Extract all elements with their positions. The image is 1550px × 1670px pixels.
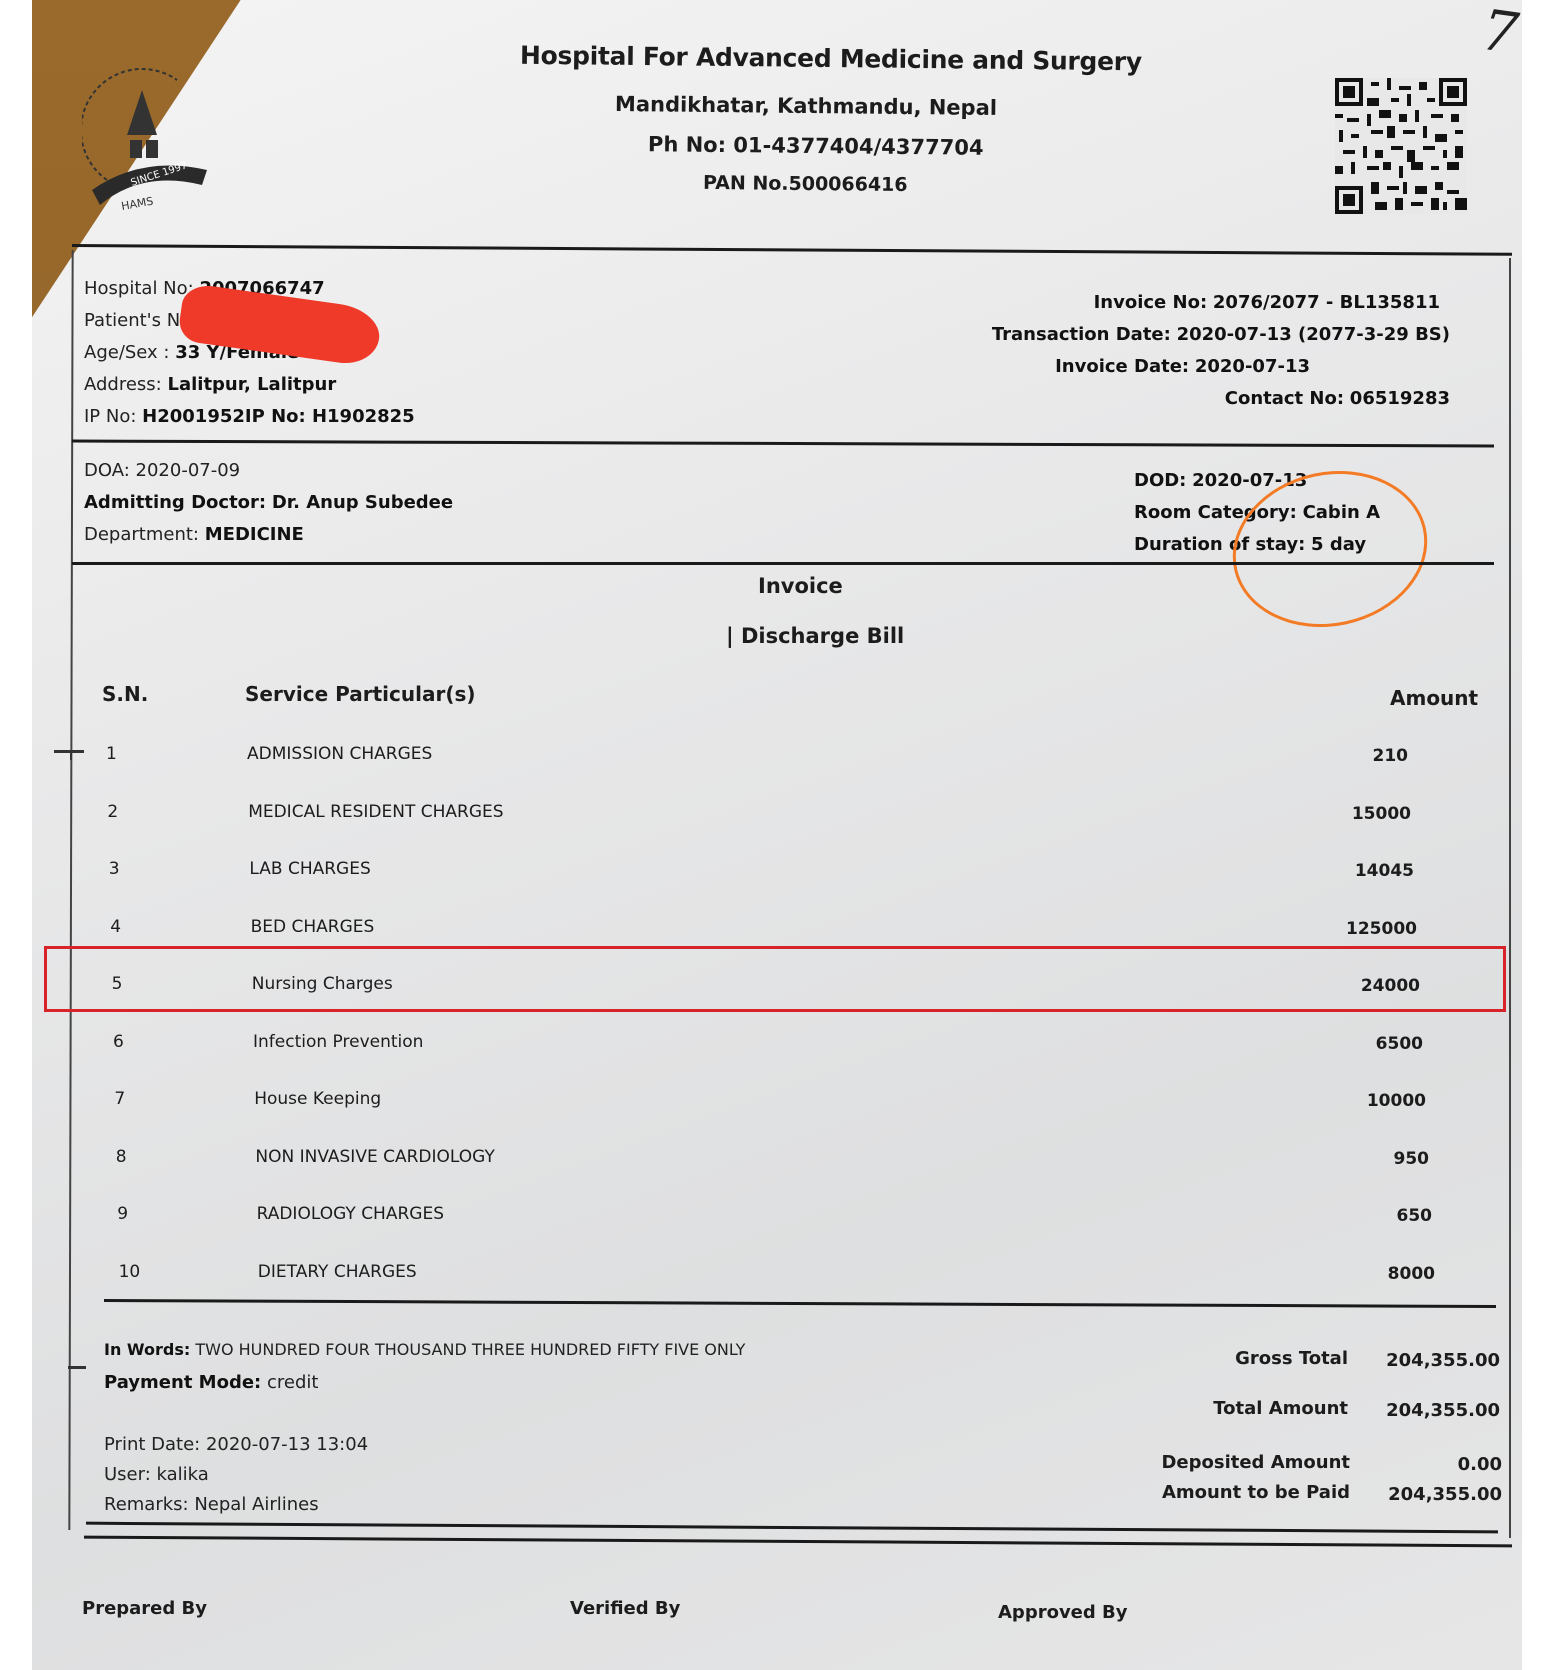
address-field: Address: Lalitpur, Lalitpur — [84, 374, 336, 395]
doa-field: DOA: 2020-07-09 — [84, 460, 240, 481]
column-header-service: Service Particular(s) — [245, 682, 476, 706]
amount-to-be-paid-value: 204,355.00 — [1362, 1484, 1502, 1505]
hospital-phone: Ph No: 01-4377404/4377704 — [648, 132, 984, 160]
verified-by-label: Verified By — [570, 1598, 680, 1619]
transaction-date-field: Transaction Date: 2020-07-13 (2077-3-29 … — [992, 324, 1450, 345]
prepared-by-label: Prepared By — [82, 1598, 207, 1619]
deposited-amount-value: 0.00 — [1362, 1454, 1502, 1475]
highlight-box — [44, 946, 1506, 1012]
row-amount: 210 — [1248, 746, 1408, 766]
deposited-amount-label: Deposited Amount — [1090, 1452, 1350, 1473]
qr-code — [1335, 78, 1467, 214]
remarks-field: Remarks: Nepal Airlines — [104, 1494, 319, 1515]
row-sn: 7 — [114, 1089, 125, 1109]
row-sn: 4 — [110, 917, 121, 937]
discharge-bill-title: | Discharge Bill — [726, 624, 904, 648]
admitting-doctor-field: Admitting Doctor: Dr. Anup Subedee — [84, 492, 453, 513]
invoice-date-field: Invoice Date: 2020-07-13 — [1055, 356, 1310, 377]
row-amount: 125000 — [1257, 919, 1417, 939]
row-amount: 15000 — [1251, 804, 1411, 824]
row-service: NON INVASIVE CARDIOLOGY — [255, 1147, 494, 1167]
row-service: MEDICAL RESIDENT CHARGES — [248, 802, 503, 822]
invoice-title: Invoice — [758, 574, 843, 598]
row-sn: 10 — [119, 1262, 141, 1282]
row-sn: 9 — [117, 1204, 128, 1224]
row-service: BED CHARGES — [251, 917, 375, 937]
row-amount: 10000 — [1266, 1091, 1426, 1111]
divider — [72, 562, 1494, 565]
in-words-field: In Words: TWO HUNDRED FOUR THOUSAND THRE… — [104, 1340, 745, 1359]
row-service: Infection Prevention — [253, 1032, 423, 1052]
print-date-field: Print Date: 2020-07-13 13:04 — [104, 1434, 368, 1455]
row-amount: 6500 — [1263, 1034, 1423, 1054]
binder-mark — [54, 750, 84, 753]
row-sn: 2 — [107, 802, 118, 822]
row-amount: 8000 — [1275, 1264, 1435, 1284]
row-sn: 3 — [109, 859, 120, 879]
row-amount: 650 — [1272, 1206, 1432, 1226]
row-service: RADIOLOGY CHARGES — [257, 1204, 444, 1224]
total-amount-value: 204,355.00 — [1360, 1400, 1500, 1421]
row-service: LAB CHARGES — [249, 859, 370, 879]
hospital-address: Mandikhatar, Kathmandu, Nepal — [615, 92, 997, 120]
hospital-pan: PAN No.500066416 — [703, 172, 908, 196]
svg-text:HAMS: HAMS — [120, 195, 154, 213]
user-field: User: kalika — [104, 1464, 209, 1485]
column-header-amount: Amount — [1390, 686, 1478, 710]
ip-no-field: IP No: H2001952IP No: H1902825 — [84, 406, 415, 427]
box-right-border — [1509, 258, 1511, 1538]
column-header-sn: S.N. — [102, 682, 148, 706]
payment-mode-field: Payment Mode: credit — [104, 1372, 318, 1393]
row-amount: 14045 — [1254, 861, 1414, 881]
row-sn: 8 — [116, 1147, 127, 1167]
row-amount: 950 — [1269, 1149, 1429, 1169]
amount-to-be-paid-label: Amount to be Paid — [1090, 1482, 1350, 1503]
binder-mark — [68, 1366, 86, 1369]
gross-total-value: 204,355.00 — [1360, 1350, 1500, 1371]
row-service: House Keeping — [254, 1089, 381, 1109]
gross-total-label: Gross Total — [1088, 1348, 1348, 1369]
contact-no-field: Contact No: 06519283 — [1225, 388, 1450, 409]
row-sn: 6 — [113, 1032, 124, 1052]
approved-by-label: Approved By — [998, 1602, 1128, 1623]
total-amount-label: Total Amount — [1088, 1398, 1348, 1419]
department-field: Department: MEDICINE — [84, 524, 304, 545]
row-service: ADMISSION CHARGES — [247, 744, 432, 764]
binder-mark — [70, 752, 72, 760]
row-service: DIETARY CHARGES — [258, 1262, 417, 1282]
hospital-logo: SINCE 1997 HAMS — [82, 60, 232, 220]
row-sn: 1 — [106, 744, 117, 764]
invoice-no-field: Invoice No: 2076/2077 - BL135811 — [1094, 292, 1440, 313]
